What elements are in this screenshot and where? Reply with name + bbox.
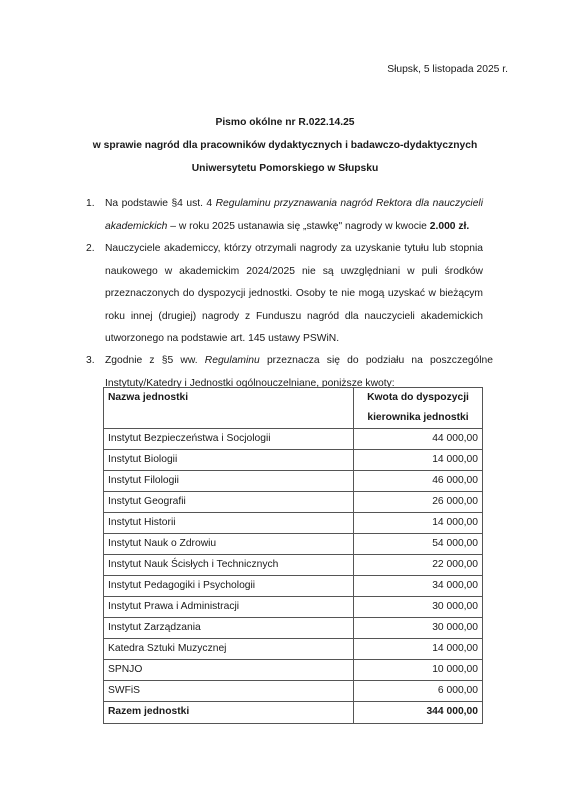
unit-name: Instytut Prawa i Administracji — [104, 597, 354, 618]
document-subject: w sprawie nagród dla pracowników dydakty… — [0, 140, 570, 151]
unit-name: Instytut Bezpieczeństwa i Socjologii — [104, 429, 354, 450]
unit-amount: 22 000,00 — [354, 555, 483, 576]
place-date: Słupsk, 5 listopada 2025 r. — [387, 64, 508, 75]
table-row: Instytut Geografii26 000,00 — [104, 492, 483, 513]
unit-amount: 14 000,00 — [354, 639, 483, 660]
unit-amount: 46 000,00 — [354, 471, 483, 492]
table-row: Instytut Nauk Ścisłych i Technicznych22 … — [104, 555, 483, 576]
unit-amount: 6 000,00 — [354, 681, 483, 702]
document-title: Pismo okólne nr R.022.14.25 — [0, 117, 570, 128]
total-amount: 344 000,00 — [354, 702, 483, 724]
table-row: Instytut Filologii46 000,00 — [104, 471, 483, 492]
unit-name: Instytut Biologii — [104, 450, 354, 471]
unit-name: Instytut Historii — [104, 513, 354, 534]
unit-name: Katedra Sztuki Muzycznej — [104, 639, 354, 660]
unit-amount: 14 000,00 — [354, 513, 483, 534]
text-part: Zgodnie z §5 ww. — [105, 355, 205, 366]
unit-name: SWFiS — [104, 681, 354, 702]
text-part: Na podstawie §4 ust. 4 — [105, 198, 216, 209]
table-row: Instytut Bezpieczeństwa i Socjologii44 0… — [104, 429, 483, 450]
award-amount: 2.000 zł. — [430, 221, 470, 232]
list-item-2: 2. Nauczyciele akademiccy, którzy otrzym… — [87, 238, 483, 351]
document-institution: Uniwersytetu Pomorskiego w Słupsku — [0, 163, 570, 174]
table-row: Instytut Prawa i Administracji30 000,00 — [104, 597, 483, 618]
list-item-text: Nauczyciele akademiccy, którzy otrzymali… — [105, 238, 483, 351]
table-row: SPNJO10 000,00 — [104, 660, 483, 681]
allocation-table: Nazwa jednostki Kwota do dyspozycjikiero… — [103, 387, 483, 724]
unit-name: Instytut Nauk o Zdrowiu — [104, 534, 354, 555]
table-row: Katedra Sztuki Muzycznej14 000,00 — [104, 639, 483, 660]
table-row: Instytut Pedagogiki i Psychologii34 000,… — [104, 576, 483, 597]
unit-amount: 54 000,00 — [354, 534, 483, 555]
unit-name: Instytut Filologii — [104, 471, 354, 492]
regulation-title: Regulaminu — [205, 355, 260, 366]
table-row: Instytut Biologii14 000,00 — [104, 450, 483, 471]
header-amount: Kwota do dyspozycjikierownika jednostki — [354, 388, 483, 429]
unit-amount: 34 000,00 — [354, 576, 483, 597]
list-number: 1. — [86, 193, 95, 216]
list-number: 2. — [86, 238, 95, 261]
list-item-text: Na podstawie §4 ust. 4 Regulaminu przyzn… — [105, 193, 483, 238]
unit-amount: 44 000,00 — [354, 429, 483, 450]
table-row: Instytut Nauk o Zdrowiu54 000,00 — [104, 534, 483, 555]
table-row: Instytut Zarządzania30 000,00 — [104, 618, 483, 639]
list-number: 3. — [86, 350, 95, 373]
header-amount-line2: kierownika jednostki — [367, 412, 468, 423]
unit-name: Instytut Zarządzania — [104, 618, 354, 639]
unit-amount: 30 000,00 — [354, 597, 483, 618]
unit-amount: 30 000,00 — [354, 618, 483, 639]
unit-name: Instytut Pedagogiki i Psychologii — [104, 576, 354, 597]
list-item-1: 1. Na podstawie §4 ust. 4 Regulaminu prz… — [87, 193, 483, 238]
unit-amount: 10 000,00 — [354, 660, 483, 681]
table-row: Instytut Historii14 000,00 — [104, 513, 483, 534]
unit-name: Instytut Nauk Ścisłych i Technicznych — [104, 555, 354, 576]
unit-amount: 26 000,00 — [354, 492, 483, 513]
unit-name: Instytut Geografii — [104, 492, 354, 513]
total-label: Razem jednostki — [104, 702, 354, 724]
text-part: – w roku 2025 ustanawia się „stawkę" nag… — [167, 221, 429, 232]
table-header-row: Nazwa jednostki Kwota do dyspozycjikiero… — [104, 388, 483, 429]
unit-name: SPNJO — [104, 660, 354, 681]
header-unit-name: Nazwa jednostki — [104, 388, 354, 429]
header-amount-line1: Kwota do dyspozycji — [367, 392, 469, 403]
table-total-row: Razem jednostki344 000,00 — [104, 702, 483, 724]
table-row: SWFiS6 000,00 — [104, 681, 483, 702]
unit-amount: 14 000,00 — [354, 450, 483, 471]
